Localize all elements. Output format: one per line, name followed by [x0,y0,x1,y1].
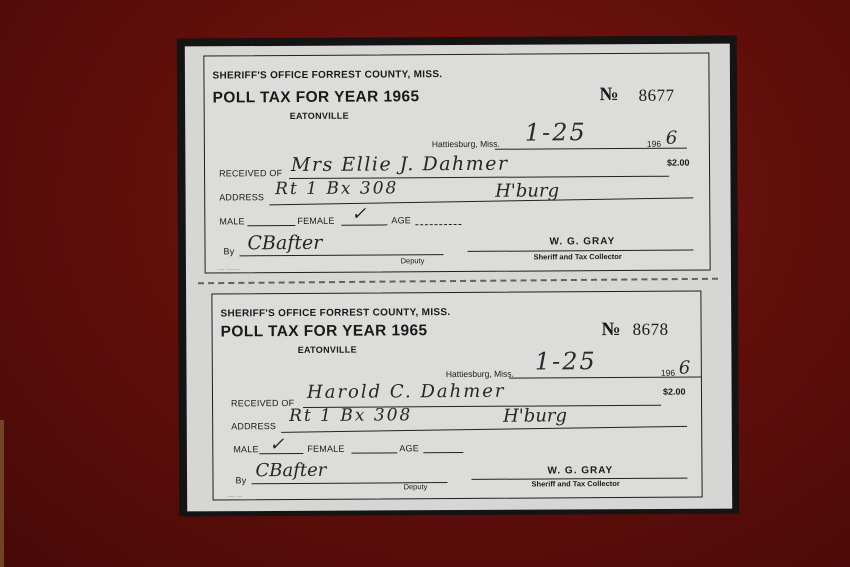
year-printed: 196 [647,139,661,149]
handwritten-address: Rt 1 Bx 308 [275,178,398,199]
number-sign: № [599,84,618,106]
office-heading: SHERIFF'S OFFICE FORREST COUNTY, MISS. [212,69,442,81]
number-sign: № [601,319,620,341]
age-line [423,452,463,453]
town-name: EATONVILLE [290,111,349,121]
handwritten-city: H'burg [503,405,567,426]
age-label: AGE [391,215,411,225]
by-label: By [235,475,246,485]
printer-mark: ---- --- [228,493,242,498]
deputy-signature: CBafter [247,232,322,254]
sheriff-name: W. G. GRAY [549,236,615,247]
age-label: AGE [399,443,419,453]
location-label: Hattiesburg, Miss. [432,139,500,149]
deputy-label: Deputy [401,256,425,265]
by-label: By [224,246,235,256]
receipt-title: POLL TAX FOR YEAR 1965 [221,322,428,341]
poll-tax-receipt-8677: SHERIFF'S OFFICE FORREST COUNTY, MISS. P… [203,52,710,273]
amount: $2.00 [667,158,690,168]
sheriff-title: Sheriff and Tax Collector [532,479,620,489]
receipt-number: 8678 [633,320,669,340]
handwritten-name: Harold C. Dahmer [307,381,506,403]
town-name: EATONVILLE [298,345,357,355]
female-label: FEMALE [297,216,334,226]
female-label: FEMALE [307,444,344,454]
address-label: ADDRESS [231,421,276,431]
address-label: ADDRESS [219,192,264,202]
female-line [341,224,387,225]
office-heading: SHERIFF'S OFFICE FORREST COUNTY, MISS. [220,307,450,319]
receipt-title: POLL TAX FOR YEAR 1965 [213,88,420,107]
location-label: Hattiesburg, Miss. [446,369,514,379]
poll-tax-receipt-8678: SHERIFF'S OFFICE FORREST COUNTY, MISS. P… [211,291,702,501]
deputy-signature: CBafter [255,460,326,481]
year-handwritten: 6 [679,358,691,379]
sheriff-name: W. G. GRAY [547,465,613,476]
handwritten-address: Rt 1 Bx 308 [289,405,412,426]
amount: $2.00 [663,387,686,397]
male-checkmark-icon: ✓ [269,434,284,455]
male-label: MALE [219,216,244,226]
year-handwritten: 6 [666,128,678,149]
handwritten-name: Mrs Ellie J. Dahmer [291,153,509,176]
male-line [247,225,295,226]
address-line [281,426,687,433]
received-label: RECEIVED OF [231,398,294,408]
female-line [351,452,397,453]
handwritten-city: H'burg [495,180,559,201]
date-line [509,377,659,379]
printer-mark: ---- ------- [218,266,240,271]
handwritten-date: 1-25 [525,118,587,146]
receipt-number: 8677 [639,86,675,106]
deputy-label: Deputy [404,482,428,491]
sheriff-title: Sheriff and Tax Collector [534,252,622,262]
female-checkmark-icon: ✓ [351,204,366,225]
frame-edge [0,420,4,567]
year-printed: 196 [661,368,675,378]
male-label: MALE [233,444,258,454]
date-line [495,148,645,150]
received-label: RECEIVED OF [219,168,282,178]
handwritten-date: 1-25 [535,347,597,375]
age-line [415,224,461,225]
